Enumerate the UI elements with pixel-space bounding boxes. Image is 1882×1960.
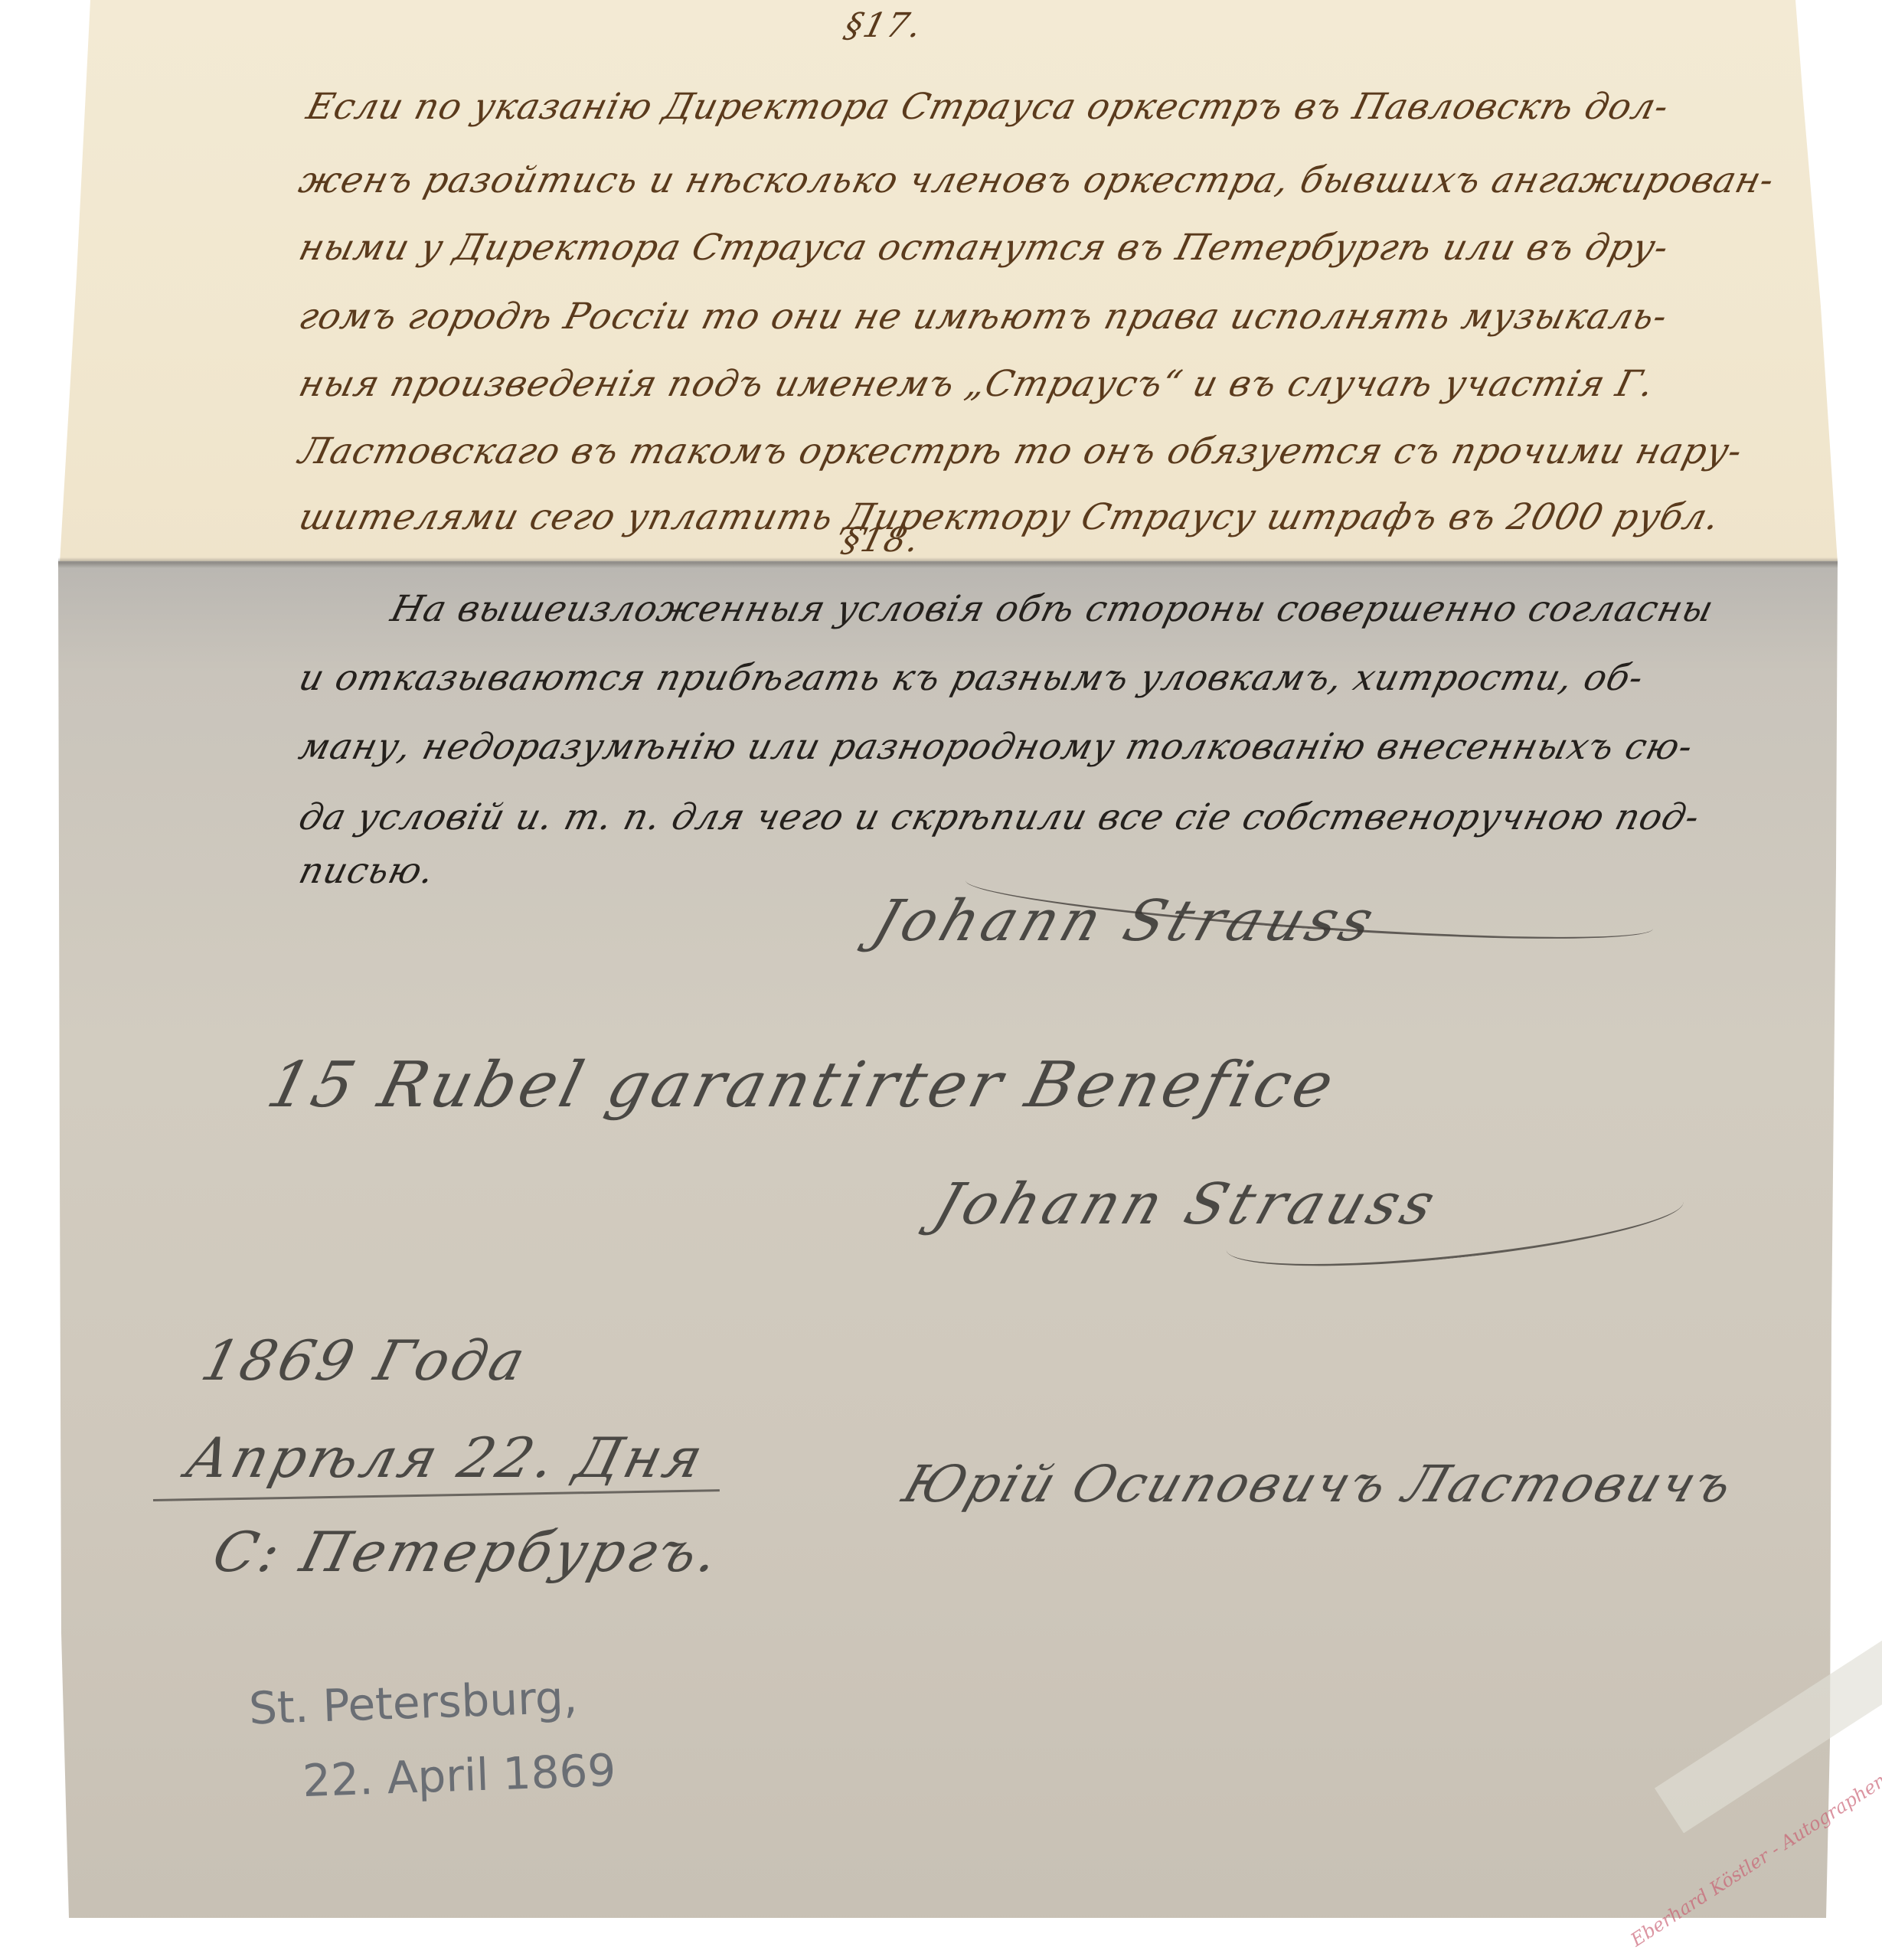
section-17-heading: §17. [841,6,927,45]
pencil-note-date: 22. April 1869 [302,1744,616,1807]
section-18-heading: §18. [838,521,925,560]
section-18-line-1: На вышеизложенныя условія обѣ стороны со… [387,588,1718,630]
date-year: 1869 Года [195,1328,534,1393]
paper-lower-section [0,561,1882,1960]
date-day: Апрѣля 22. Дня [180,1426,712,1490]
section-17-line-7: шителями сего уплатить Директору Страусу… [295,496,1724,538]
section-17-line-4: гомъ городѣ Россіи то они не имѣютъ прав… [295,296,1672,338]
section-18-line-4: да условій и. т. п. для чего и скрѣпили … [295,796,1704,838]
paper-fold-line [58,557,1838,568]
section-17-line-6: Ластовскаго въ такомъ оркестрѣ то онъ об… [295,430,1747,472]
section-18-line-5: писью. [295,850,439,892]
note-garantirter-benefice: 15 Rubel garantirter Benefice [260,1049,1345,1122]
section-18-line-3: ману, недоразумѣнію или разнородному тол… [295,726,1697,768]
date-place: С: Петербургъ. [207,1520,728,1584]
section-17-line-2: женъ разойтись и нѣсколько членовъ оркес… [295,159,1779,201]
signature-lastovich: Юрій Осиповичъ Ластовичъ [896,1455,1742,1514]
section-17-line-1: Если по указанію Директора Страуса оркес… [302,86,1674,128]
section-17-line-5: ныя произведенія подъ именемъ „Страусъ“ … [295,363,1659,405]
paper-upper-section [0,0,1882,563]
section-18-line-2: и отказываются прибѣгать къ разнымъ улов… [295,657,1648,699]
section-17-line-3: ными у Директора Страуса останутся въ Пе… [295,227,1673,269]
